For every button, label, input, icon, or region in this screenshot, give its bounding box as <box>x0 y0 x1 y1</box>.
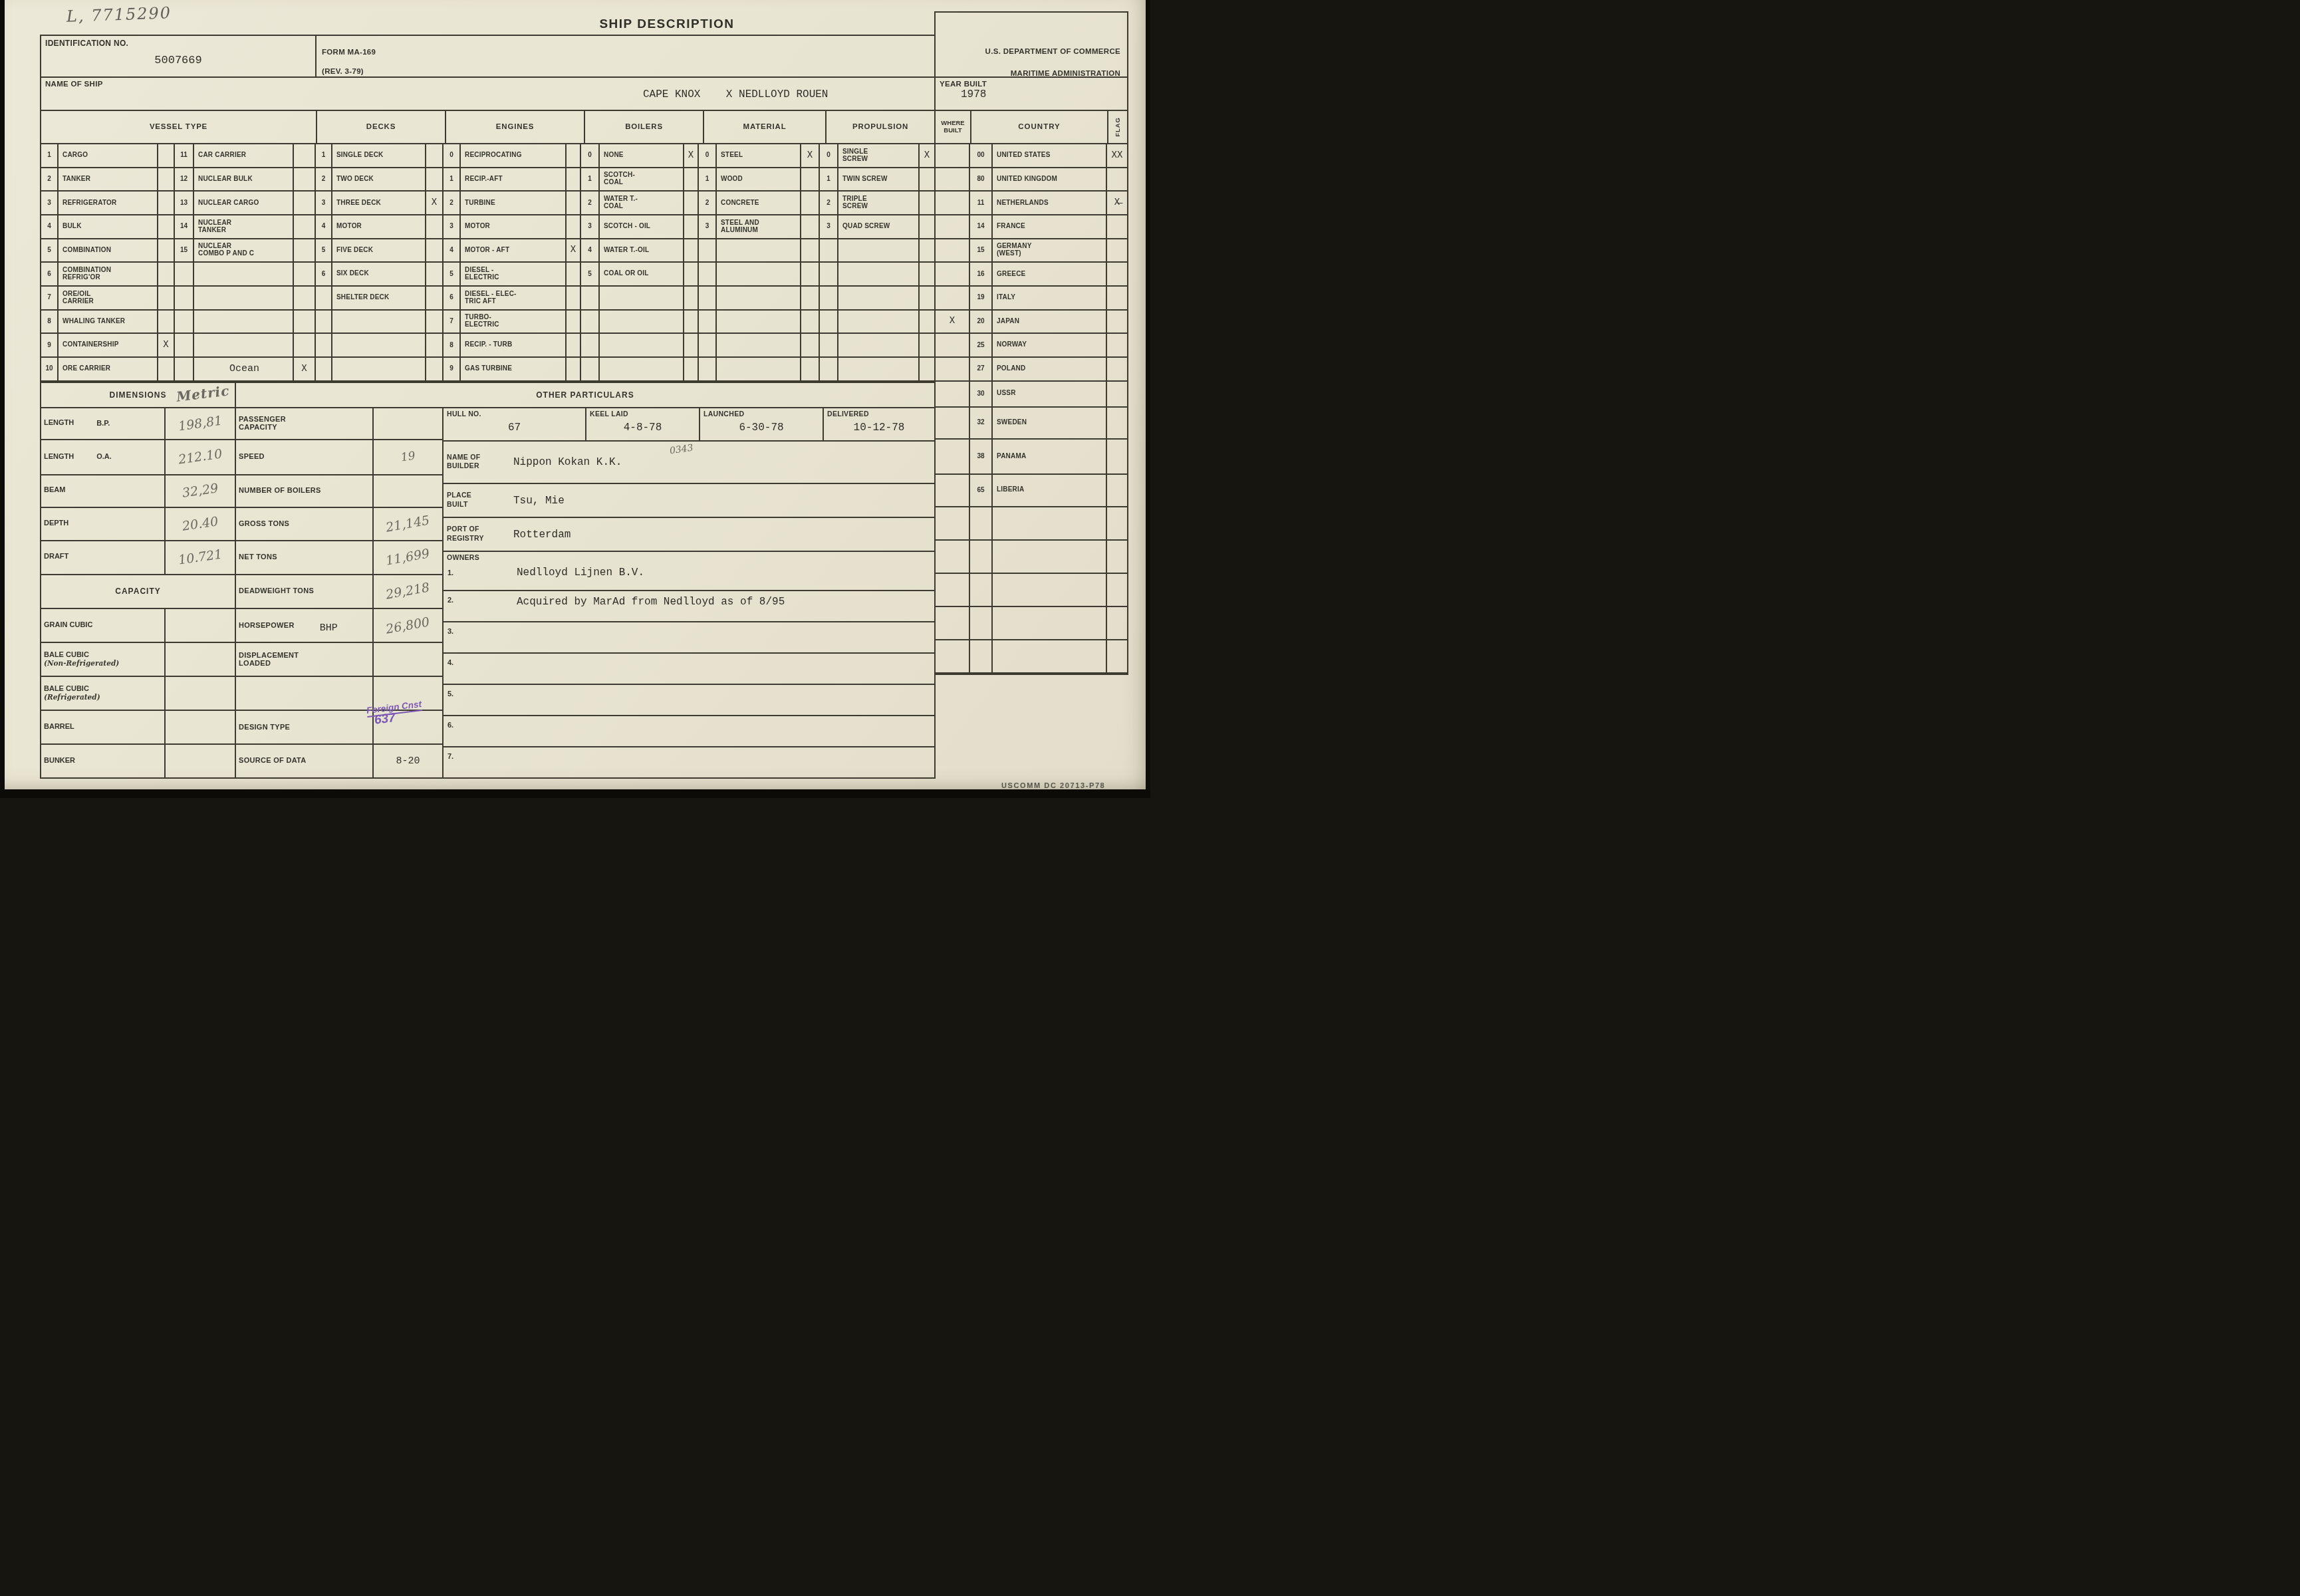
checkbox-cell <box>294 192 315 215</box>
country-name-cell: SWEDEN <box>993 408 1107 440</box>
checkbox-cell: X <box>801 144 819 168</box>
option-label: TRIPLE SCREW <box>842 196 868 210</box>
barrel-value-cell <box>166 711 236 745</box>
checkbox-cell <box>684 334 698 358</box>
header-vessel-type: VESSEL TYPE <box>41 111 317 143</box>
checkbox-cell <box>426 311 442 334</box>
check-mark: X <box>688 150 694 161</box>
delivered-value: 10-12-78 <box>824 422 934 434</box>
checkbox-cell <box>920 239 934 263</box>
option-label-cell: QUAD SCREW <box>838 215 920 239</box>
where-built-cell <box>936 507 970 541</box>
country-name-cell: NORWAY <box>993 334 1107 358</box>
option-label-cell: CONTAINERSHIP <box>59 334 158 358</box>
option-label: NONE <box>604 152 624 159</box>
checkbox-cell <box>920 334 934 358</box>
country-name: PANAMA <box>997 453 1026 460</box>
bale-cubic-r-note: (Refrigerated) <box>44 694 100 702</box>
option-label-cell <box>717 358 801 382</box>
country-name: FRANCE <box>997 223 1025 230</box>
flag-cell <box>1107 440 1127 475</box>
dimensions-band: DIMENSIONS Metric <box>41 383 236 407</box>
option-label: MOTOR - AFT <box>465 247 509 254</box>
checkbox-cell <box>567 287 580 311</box>
option-label-cell <box>838 239 920 263</box>
checkbox-cell <box>567 311 580 334</box>
option-label-cell: SCOTCH- COAL <box>600 168 684 192</box>
net-tons-value-cell: 11,699 <box>374 541 442 575</box>
net-tons-label-cell: NET TONS <box>236 541 374 575</box>
checkbox-cell <box>158 168 174 192</box>
design-type-value-cell: Foreign Cnst637 <box>374 711 442 745</box>
country-name: UNITED STATES <box>997 152 1051 159</box>
option-label: NUCLEAR BULK <box>198 176 253 183</box>
country-code: 27 <box>970 358 993 382</box>
code-number: 1 <box>316 144 332 168</box>
owner-row: 2. Acquired by MarAd from Nedlloyd as of… <box>444 591 934 622</box>
deadweight-label-cell: DEADWEIGHT TONS <box>236 575 374 610</box>
country-name-cell: ITALY <box>993 287 1107 311</box>
other-particulars-label: OTHER PARTICULARS <box>536 390 634 400</box>
option-label-cell <box>600 311 684 334</box>
checkbox-cell <box>294 168 315 192</box>
country-code: 38 <box>970 440 993 475</box>
option-label: STEEL <box>721 152 743 159</box>
check-mark: X <box>807 150 813 161</box>
code-number <box>820 311 838 334</box>
where-built-cell <box>936 541 970 574</box>
design-type-marker-line2: 637 <box>367 711 396 728</box>
code-number: 1 <box>41 144 59 168</box>
blank-mid-label-cell <box>236 677 374 711</box>
year-built-label: YEAR BUILT <box>940 80 987 88</box>
checkbox-cell <box>567 263 580 287</box>
where-built-cell <box>936 215 970 239</box>
country-name: NORWAY <box>997 341 1027 348</box>
option-label: WHALING TANKER <box>63 318 125 325</box>
option-label: CARGO <box>63 152 88 159</box>
code-number <box>699 287 717 311</box>
checkbox-cell <box>920 192 934 215</box>
owner-1-value: Nedlloyd Lijnen B.V. <box>517 567 644 579</box>
code-number <box>581 358 600 382</box>
country-code <box>970 607 993 640</box>
checkbox-cell <box>801 263 819 287</box>
code-number: 14 <box>175 215 194 239</box>
code-number: 7 <box>41 287 59 311</box>
flag-cell <box>1107 215 1127 239</box>
form-title: SHIP DESCRIPTION <box>599 17 734 32</box>
length-bp-label-cell: LENGTHB.P. <box>41 408 166 441</box>
code-number <box>699 239 717 263</box>
builder-label: NAME OF BUILDER <box>444 452 508 472</box>
draft-value-cell: 10.721 <box>166 541 236 575</box>
form-number-line2: (REV. 3-79) <box>322 68 364 76</box>
where-built-cell <box>936 287 970 311</box>
option-label-cell <box>838 263 920 287</box>
code-number: 8 <box>41 311 59 334</box>
option-label-cell: COMBINATION <box>59 239 158 263</box>
checkbox-cell <box>801 334 819 358</box>
form-number-line1: FORM MA-169 <box>322 49 376 57</box>
code-number: 3 <box>41 192 59 215</box>
flag-cell: XX <box>1107 144 1127 168</box>
checkbox-cell <box>684 215 698 239</box>
option-label-cell: THREE DECK <box>332 192 426 215</box>
country-name: USSR <box>997 390 1016 397</box>
option-label: NUCLEAR CARGO <box>198 199 259 207</box>
country-name-cell <box>993 640 1107 674</box>
code-number <box>316 311 332 334</box>
length-oa-label: LENGTH <box>44 453 74 462</box>
owner-row-text: Acquired by MarAd from Nedlloyd as of 8/… <box>517 596 785 608</box>
option-label: GAS TURBINE <box>465 365 512 372</box>
option-label-cell: COMBINATION REFRIG'OR <box>59 263 158 287</box>
code-number: 12 <box>175 168 194 192</box>
place-built-value: Tsu, Mie <box>513 495 565 507</box>
gross-tons-value: 21,145 <box>385 513 431 535</box>
checkbox-cell <box>920 215 934 239</box>
capacity-label: CAPACITY <box>115 587 160 596</box>
option-label-cell: FIVE DECK <box>332 239 426 263</box>
checkbox-cell <box>567 144 580 168</box>
where-built-cell: X <box>936 311 970 334</box>
where-built-cell <box>936 440 970 475</box>
option-label: NUCLEAR TANKER <box>198 219 231 234</box>
option-label: RECIP.-AFT <box>465 176 503 183</box>
option-label-cell: SINGLE DECK <box>332 144 426 168</box>
where-built-cell <box>936 239 970 263</box>
owner-row-number: 6. <box>447 722 453 730</box>
bale-cubic-r-value-cell <box>166 677 236 711</box>
option-label: RECIP. - TURB <box>465 341 512 348</box>
checkbox-cell <box>684 239 698 263</box>
design-type-label: DESIGN TYPE <box>239 724 290 731</box>
country-code: 80 <box>970 168 993 192</box>
option-label-cell: MOTOR - AFT <box>461 239 567 263</box>
checkbox-cell <box>158 144 174 168</box>
code-number <box>581 311 600 334</box>
where-built-cell <box>936 168 970 192</box>
checkbox-cell: X <box>158 334 174 358</box>
code-number <box>699 311 717 334</box>
owner-1-number: 1. <box>447 569 453 577</box>
option-label-cell: REFRIGERATOR <box>59 192 158 215</box>
country-name: LIBERIA <box>997 486 1024 493</box>
code-number <box>175 358 194 382</box>
header-decks: DECKS <box>317 111 446 143</box>
deadweight-label: DEADWEIGHT TONS <box>239 587 314 595</box>
launched-value: 6-30-78 <box>700 422 823 434</box>
country-code: 32 <box>970 408 993 440</box>
where-built-cell <box>936 640 970 674</box>
length-bp-value-cell: 198,81 <box>166 408 236 441</box>
checkbox-cell <box>158 239 174 263</box>
checkbox-cell <box>920 358 934 382</box>
code-number <box>820 263 838 287</box>
option-label: TWIN SCREW <box>842 176 888 183</box>
header-row: IDENTIFICATION NO. 5007669 FORM MA-169 (… <box>40 35 936 78</box>
option-label-cell <box>600 358 684 382</box>
option-label-cell: NUCLEAR CARGO <box>194 192 294 215</box>
grain-cubic-label-cell: GRAIN CUBIC <box>41 609 166 643</box>
horsepower-value: 26,800 <box>385 614 431 636</box>
checkbox-cell <box>567 215 580 239</box>
length-bp-label: LENGTH <box>44 419 74 428</box>
code-number: 4 <box>581 239 600 263</box>
code-number: 5 <box>581 263 600 287</box>
checkbox-cell <box>294 334 315 358</box>
option-label: SHELTER DECK <box>336 294 389 301</box>
beam-label: BEAM <box>44 486 65 495</box>
beam-value-cell: 32,29 <box>166 475 236 508</box>
checkbox-cell <box>801 358 819 382</box>
depth-label-cell: DEPTH <box>41 508 166 541</box>
country-code: 20 <box>970 311 993 334</box>
net-tons-value: 11,699 <box>385 546 431 568</box>
option-label: COMBINATION REFRIG'OR <box>63 267 111 281</box>
option-label-cell: TURBO- ELECTRIC <box>461 311 567 334</box>
checkbox-cell <box>684 168 698 192</box>
option-label-cell: TWO DECK <box>332 168 426 192</box>
code-number: 2 <box>581 192 600 215</box>
option-label-cell <box>194 263 294 287</box>
code-number: 0 <box>820 144 838 168</box>
country-code: 00 <box>970 144 993 168</box>
depth-label: DEPTH <box>44 519 68 528</box>
flag-cell <box>1107 507 1127 541</box>
flag-cell <box>1107 168 1127 192</box>
capacity-header-cell: CAPACITY <box>41 575 236 610</box>
bunker-value-cell <box>166 745 236 777</box>
country-name: NETHERLANDS <box>997 199 1049 207</box>
option-label: CAR CARRIER <box>198 152 246 159</box>
option-label-cell: Ocean <box>194 358 294 382</box>
country-name-cell <box>993 574 1107 607</box>
option-label: NUCLEAR COMBO P AND C <box>198 243 254 257</box>
checkbox-cell <box>158 192 174 215</box>
other-particulars-band: OTHER PARTICULARS <box>236 383 934 407</box>
checkbox-cell <box>294 215 315 239</box>
option-label-cell <box>194 311 294 334</box>
bale-cubic-nr-label-text: BALE CUBIC <box>44 651 89 659</box>
option-label-cell <box>332 311 426 334</box>
checkbox-cell <box>567 168 580 192</box>
length-bp-value: 198,81 <box>178 413 223 434</box>
option-label-cell <box>717 334 801 358</box>
owner-row: 4. <box>444 654 934 685</box>
code-number: 0 <box>444 144 461 168</box>
print-code-stamp: USCOMM DC 20713-P78 <box>1001 782 1105 790</box>
typed-entry: Ocean <box>229 363 259 374</box>
country-code: 19 <box>970 287 993 311</box>
option-label-cell <box>838 287 920 311</box>
code-number: 4 <box>444 239 461 263</box>
option-label-cell: RECIPROCATING <box>461 144 567 168</box>
checkbox-cell <box>426 358 442 382</box>
option-label: COMBINATION <box>63 247 111 254</box>
code-number: 9 <box>41 334 59 358</box>
option-label-cell: SHELTER DECK <box>332 287 426 311</box>
option-label: STEEL AND ALUMINUM <box>721 219 759 234</box>
option-label: COAL OR OIL <box>604 270 649 277</box>
option-label: RECIPROCATING <box>465 152 522 159</box>
option-label-cell: WATER T.- COAL <box>600 192 684 215</box>
where-built-cell <box>936 382 970 408</box>
checkbox-cell <box>158 358 174 382</box>
checkbox-cell <box>426 287 442 311</box>
passenger-capacity-label: PASSENGER CAPACITY <box>239 416 286 432</box>
checkbox-cell <box>567 192 580 215</box>
option-label-cell: TANKER <box>59 168 158 192</box>
country-name-cell: JAPAN <box>993 311 1107 334</box>
year-built-cell: YEAR BUILT 1978 <box>936 78 1127 110</box>
dimensions-label: DIMENSIONS <box>109 390 166 400</box>
country-section: WHERE BUILT COUNTRY FLAG 00 UNITED STATE… <box>934 110 1128 675</box>
option-label-cell: TWIN SCREW <box>838 168 920 192</box>
beam-label-cell: BEAM <box>41 475 166 508</box>
option-label-cell <box>194 287 294 311</box>
option-label-cell: CARGO <box>59 144 158 168</box>
checkbox-cell <box>294 311 315 334</box>
owner-row: 5. <box>444 685 934 716</box>
checkbox-cell <box>801 168 819 192</box>
where-built-mark: X <box>950 316 955 327</box>
where-built-cell <box>936 144 970 168</box>
country-name-cell: GREECE <box>993 263 1107 287</box>
checkbox-cell <box>684 311 698 334</box>
option-label-cell: GAS TURBINE <box>461 358 567 382</box>
horsepower-label: HORSEPOWER <box>239 622 295 630</box>
flag-cell <box>1107 640 1127 674</box>
country-code: 11 <box>970 192 993 215</box>
flag-cell <box>1107 382 1127 408</box>
number-of-boilers-value-cell <box>374 475 442 508</box>
code-number: 3 <box>444 215 461 239</box>
option-label: SIX DECK <box>336 270 369 277</box>
country-name-cell: LIBERIA <box>993 475 1107 507</box>
country-name-cell: UNITED KINGDOM <box>993 168 1107 192</box>
displacement-label-cell: DISPLACEMENT LOADED <box>236 643 374 677</box>
code-number: 0 <box>581 144 600 168</box>
checkbox-cell <box>426 168 442 192</box>
owner-row-number: 2. <box>447 597 453 604</box>
code-number: 1 <box>699 168 717 192</box>
length-oa-value-cell: 212.10 <box>166 440 236 475</box>
where-built-cell <box>936 192 970 215</box>
code-number: 2 <box>316 168 332 192</box>
bale-cubic-nr-note: (Non-Refrigerated) <box>44 660 119 668</box>
code-number <box>820 287 838 311</box>
barrel-label-cell: BARREL <box>41 711 166 745</box>
port-of-registry-label: PORT OF REGISTRY <box>444 524 508 544</box>
option-label-cell: NUCLEAR BULK <box>194 168 294 192</box>
checkbox-cell <box>294 287 315 311</box>
gross-tons-value-cell: 21,145 <box>374 508 442 541</box>
source-of-data-value: 8-20 <box>396 755 420 767</box>
code-number: 3 <box>316 192 332 215</box>
code-number: 5 <box>41 239 59 263</box>
builder-value: Nippon Kokan K.K. <box>513 456 622 468</box>
where-built-cell <box>936 334 970 358</box>
code-number: 1 <box>820 168 838 192</box>
keel-laid-cell: KEEL LAID 4-8-78 <box>586 408 700 441</box>
country-name: POLAND <box>997 365 1025 372</box>
keel-laid-label: KEEL LAID <box>590 410 628 418</box>
country-name-cell <box>993 607 1107 640</box>
ship-name-value: CAPE KNOX X NEDLLOYD ROUEN <box>643 88 828 100</box>
checkbox-cell <box>801 215 819 239</box>
country-name-cell: FRANCE <box>993 215 1107 239</box>
draft-label: DRAFT <box>44 553 68 561</box>
option-label: SCOTCH- COAL <box>604 172 635 186</box>
option-label-cell: NUCLEAR COMBO P AND C <box>194 239 294 263</box>
ship-name-cell: NAME OF SHIP CAPE KNOX X NEDLLOYD ROUEN <box>41 78 936 110</box>
checkbox-cell <box>684 263 698 287</box>
number-of-boilers-label: NUMBER OF BOILERS <box>239 487 321 495</box>
code-number <box>175 287 194 311</box>
code-number <box>820 239 838 263</box>
option-label-cell: ORE/OIL CARRIER <box>59 287 158 311</box>
owner-row-number: 3. <box>447 628 453 636</box>
code-number: 15 <box>175 239 194 263</box>
launched-label: LAUNCHED <box>703 410 744 418</box>
option-label: MOTOR <box>465 223 490 230</box>
number-of-boilers-label-cell: NUMBER OF BOILERS <box>236 475 374 508</box>
country-name-cell: USSR <box>993 382 1107 408</box>
code-number: 11 <box>175 144 194 168</box>
hull-no-label: HULL NO. <box>447 410 481 418</box>
code-number: 5 <box>316 239 332 263</box>
owner-row: 3. <box>444 622 934 654</box>
country-code <box>970 574 993 607</box>
design-type-label-cell: DESIGN TYPE <box>236 711 374 745</box>
barrel-label: BARREL <box>44 723 74 731</box>
name-of-ship-label: NAME OF SHIP <box>45 80 103 88</box>
code-number <box>175 263 194 287</box>
checkbox-cell <box>920 168 934 192</box>
option-label: TWO DECK <box>336 176 374 183</box>
flag-label-vertical: FLAG <box>1114 117 1122 137</box>
header-country: COUNTRY <box>971 111 1108 143</box>
material-column: 0 STEEL X 1 WOOD 2 CONCRETE 3 STEEL AND … <box>699 144 820 382</box>
country-name-cell: POLAND <box>993 358 1107 382</box>
option-label-cell: RECIP.-AFT <box>461 168 567 192</box>
owners-row: OWNERS 1. Nedlloyd Lijnen B.V. <box>444 552 934 591</box>
passenger-capacity-label-cell: PASSENGER CAPACITY <box>236 408 374 441</box>
option-label: DIESEL - ELEC- TRIC AFT <box>465 291 517 305</box>
checkbox-cell <box>294 144 315 168</box>
option-label: ORE CARRIER <box>63 365 110 372</box>
option-label: SCOTCH - OIL <box>604 223 650 230</box>
flag-cell <box>1107 475 1127 507</box>
engines-column: 0 RECIPROCATING 1 RECIP.-AFT 2 TURBINE 3… <box>444 144 581 382</box>
draft-label-cell: DRAFT <box>41 541 166 575</box>
flag-cell <box>1107 287 1127 311</box>
option-label-cell: TURBINE <box>461 192 567 215</box>
check-mark: X <box>432 198 437 208</box>
source-of-data-label: SOURCE OF DATA <box>239 757 307 765</box>
horsepower-unit-typed: BHP <box>320 622 338 634</box>
checkbox-cell <box>920 263 934 287</box>
option-label: ORE/OIL CARRIER <box>63 291 94 305</box>
option-label-cell: SCOTCH - OIL <box>600 215 684 239</box>
code-number: 13 <box>175 192 194 215</box>
checkbox-cell <box>567 358 580 382</box>
scanned-ship-description-form: L, 7715290 IDENTIFICATION NO. 5007669 FO… <box>0 0 1150 798</box>
country-code: 30 <box>970 382 993 408</box>
passenger-capacity-value-cell <box>374 408 442 441</box>
